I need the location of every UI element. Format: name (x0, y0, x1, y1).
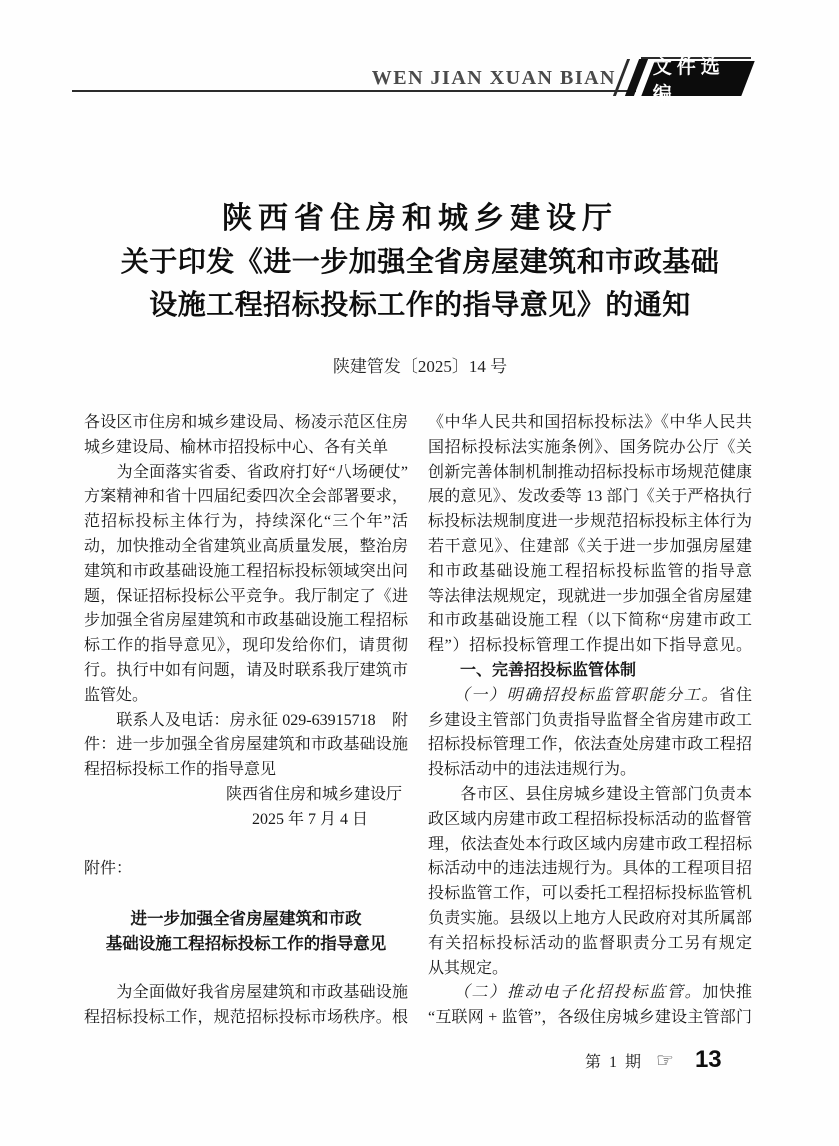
text-line: 监管处。 (84, 684, 408, 709)
text-line: 基础设施工程招标投标工作的指导意见 (84, 932, 408, 957)
text-line: 建筑和市政基础设施工程招标投标领域突出问 (84, 560, 408, 585)
text-line: 一、完善招投标监管体制 (428, 659, 752, 684)
text-line: 2025 年 7 月 4 日 (84, 808, 408, 833)
journal-name: 文件选编 (648, 52, 748, 106)
text-line (84, 882, 408, 907)
text-line: 各市区、县住房城乡建设主管部门负责本行 (428, 783, 752, 808)
text-line: 政区域内房建市政工程招标投标活动的监督管 (428, 808, 752, 833)
text-line: 国招标投标法实施条例》、国务院办公厅《关于 (428, 436, 752, 461)
header-rule (72, 90, 636, 92)
text-line: 等法律法规规定，现就进一步加强全省房屋建筑 (428, 585, 752, 610)
text-line: 步加强全省房屋建筑和市政基础设施工程招标投 (84, 609, 408, 634)
text-line: 为全面做好我省房屋建筑和市政基础设施工 (84, 981, 408, 1006)
left-column: 各设区市住房和城乡建设局、杨凌示范区住房和城乡建设局、榆林市招投标中心、各有关单… (84, 411, 408, 1031)
kaiti-emphasis: （二）推动电子化招投标监管。 (462, 984, 703, 1001)
text-line: 陕西省住房和城乡建设厅 (84, 783, 408, 808)
text-line: 负责实施。县级以上地方人民政府对其所属部门 (428, 907, 752, 932)
journal-name-banner: 文件选编 (641, 61, 754, 96)
text-line: 投标监管工作，可以委托工程招标投标监管机构 (428, 882, 752, 907)
text-line: 从其规定。 (428, 957, 752, 982)
text-line (84, 957, 408, 982)
text-line: 方案精神和省十四届纪委四次全会部署要求，规 (84, 485, 408, 510)
text-line: 乡建设主管部门负责指导监督全省房建市政工程 (428, 709, 752, 734)
page-number: 13 (695, 1046, 722, 1074)
text-line: 和市政基础设施工程（以下简称“房建市政工 (428, 609, 752, 634)
text-line: 范招标投标主体行为，持续深化“三个年”活 (84, 510, 408, 535)
text-line: “互联网 + 监管”，各级住房城乡建设主管部门充 (428, 1006, 752, 1031)
text-line: 标投标法规制度进一步规范招标投标主体行为的 (428, 510, 752, 535)
title-line-3: 设施工程招标投标工作的指导意见》的通知 (70, 284, 770, 327)
text-line: 程招标投标工作的指导意见 (84, 758, 408, 783)
text-line: 附件： (84, 857, 408, 882)
title-line-2: 关于印发《进一步加强全省房屋建筑和市政基础 (70, 241, 770, 284)
text-line: 《中华人民共和国招标投标法》《中华人民共和 (428, 411, 752, 436)
document-number: 陕建管发〔2025〕14 号 (70, 352, 770, 377)
text-line: 和市政基础设施工程招标投标监管的指导意见》 (428, 560, 752, 585)
text-line: 城乡建设局、榆林市招投标中心、各有关单位： (84, 436, 408, 461)
text-line: （二）推动电子化招投标监管。加快推进 (428, 981, 752, 1006)
text-line: 理，依法查处本行政区域内房建市政工程招标投 (428, 833, 752, 858)
document-title: 陕西省住房和城乡建设厅 关于印发《进一步加强全省房屋建筑和市政基础 设施工程招标… (70, 196, 770, 327)
text-line: 若干意见》、住建部《关于进一步加强房屋建筑 (428, 535, 752, 560)
text-line: 程”）招标投标管理工作提出如下指导意见。 (428, 634, 752, 659)
text-line (84, 833, 408, 858)
text-line: 展的意见》、发改委等 13 部门《关于严格执行招 (428, 485, 752, 510)
text-line: 件：进一步加强全省房屋建筑和市政基础设施工 (84, 733, 408, 758)
text-line: 创新完善体制机制推动招标投标市场规范健康发 (428, 461, 752, 486)
pointing-hand-icon: ☞ (656, 1048, 674, 1073)
text-line: 投标活动中的违法违规行为。 (428, 758, 752, 783)
text-line: 联系人及电话：房永征 029-63915718 附 (84, 709, 408, 734)
text-line: 各设区市住房和城乡建设局、杨凌示范区住房和 (84, 411, 408, 436)
kaiti-emphasis: （一）明确招投标监管职能分工。 (461, 687, 719, 704)
text-line: 有关招标投标活动的监督职责分工另有规定的， (428, 932, 752, 957)
text-line: 程招标投标工作，规范招标投标市场秩序。根据 (84, 1006, 408, 1031)
text-line: 标工作的指导意见》，现印发给你们，请贯彻执 (84, 634, 408, 659)
journal-pinyin: WEN JIAN XUAN BIAN (372, 67, 616, 90)
text-line: 招标投标管理工作，依法查处房建市政工程招标 (428, 733, 752, 758)
text-line: 动，加快推动全省建筑业高质量发展，整治房屋 (84, 535, 408, 560)
text-line: 行。执行中如有问题，请及时联系我厅建筑市场 (84, 659, 408, 684)
text-line: 进一步加强全省房屋建筑和市政 (84, 907, 408, 932)
page-footer: 第 1 期 ☞ 13 (585, 1046, 722, 1074)
text-line: 标活动中的违法违规行为。具体的工程项目招标 (428, 857, 752, 882)
document-page: WEN JIAN XUAN BIAN 文件选编 陕西省住房和城乡建设厅 关于印发… (0, 0, 839, 1146)
right-column: 《中华人民共和国招标投标法》《中华人民共和国招标投标法实施条例》、国务院办公厅《… (428, 411, 752, 1031)
text-line: 为全面落实省委、省政府打好“八场硬仗” (84, 461, 408, 486)
text-line: （一）明确招投标监管职能分工。省住房城 (428, 684, 752, 709)
text-line: 题，保证招标投标公平竞争。我厅制定了《进一 (84, 585, 408, 610)
title-line-1: 陕西省住房和城乡建设厅 (70, 196, 770, 241)
issue-label: 第 1 期 (585, 1049, 643, 1072)
